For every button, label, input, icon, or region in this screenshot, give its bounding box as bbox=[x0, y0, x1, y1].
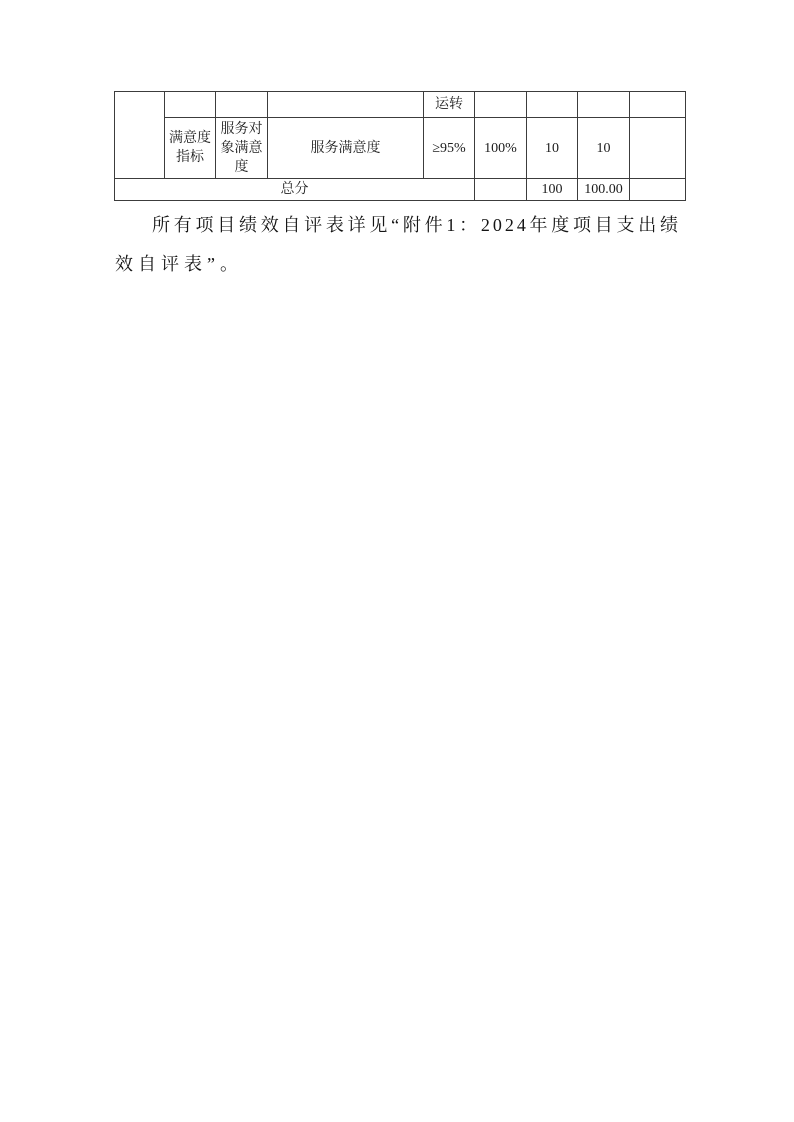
cell-total-score: 100.00 bbox=[578, 179, 630, 201]
cell-actual-value: 100% bbox=[475, 118, 527, 179]
cell-empty bbox=[475, 92, 527, 118]
paragraph-line-1: 所有项目绩效自评表详见“附件1：2024年度项目支出绩 bbox=[115, 206, 681, 245]
cell-empty bbox=[527, 92, 578, 118]
cell-score: 10 bbox=[578, 118, 630, 179]
cell-empty bbox=[630, 92, 686, 118]
table-row-satisfaction: 满意度指标 服务对象满意度 服务满意度 ≥95% 100% 10 10 bbox=[115, 118, 686, 179]
cell-level1-indicator: 满意度指标 bbox=[165, 118, 216, 179]
table-row-carryover: 运转 bbox=[115, 92, 686, 118]
cell-carryover-text: 运转 bbox=[424, 92, 475, 118]
cell-level3-indicator: 服务满意度 bbox=[268, 118, 424, 179]
cell-empty bbox=[630, 118, 686, 179]
paragraph-line-2: 效自评表”。 bbox=[115, 245, 681, 284]
cell-empty bbox=[216, 92, 268, 118]
cell-total-full-score: 100 bbox=[527, 179, 578, 201]
cell-empty bbox=[165, 92, 216, 118]
cell-target-value: ≥95% bbox=[424, 118, 475, 179]
cell-total-label: 总分 bbox=[115, 179, 475, 201]
cell-full-score: 10 bbox=[527, 118, 578, 179]
cell-empty bbox=[578, 92, 630, 118]
cell-empty bbox=[475, 179, 527, 201]
performance-self-evaluation-table: 运转 满意度指标 服务对象满意度 服务满意度 ≥95% 100% 10 10 总… bbox=[114, 91, 686, 201]
cell-level2-indicator: 服务对象满意度 bbox=[216, 118, 268, 179]
cell-empty bbox=[268, 92, 424, 118]
closing-paragraph: 所有项目绩效自评表详见“附件1：2024年度项目支出绩 效自评表”。 bbox=[115, 206, 681, 284]
document-page: 运转 满意度指标 服务对象满意度 服务满意度 ≥95% 100% 10 10 总… bbox=[0, 0, 794, 1122]
cell-empty-left bbox=[115, 92, 165, 179]
cell-empty bbox=[630, 179, 686, 201]
table-row-total: 总分 100 100.00 bbox=[115, 179, 686, 201]
